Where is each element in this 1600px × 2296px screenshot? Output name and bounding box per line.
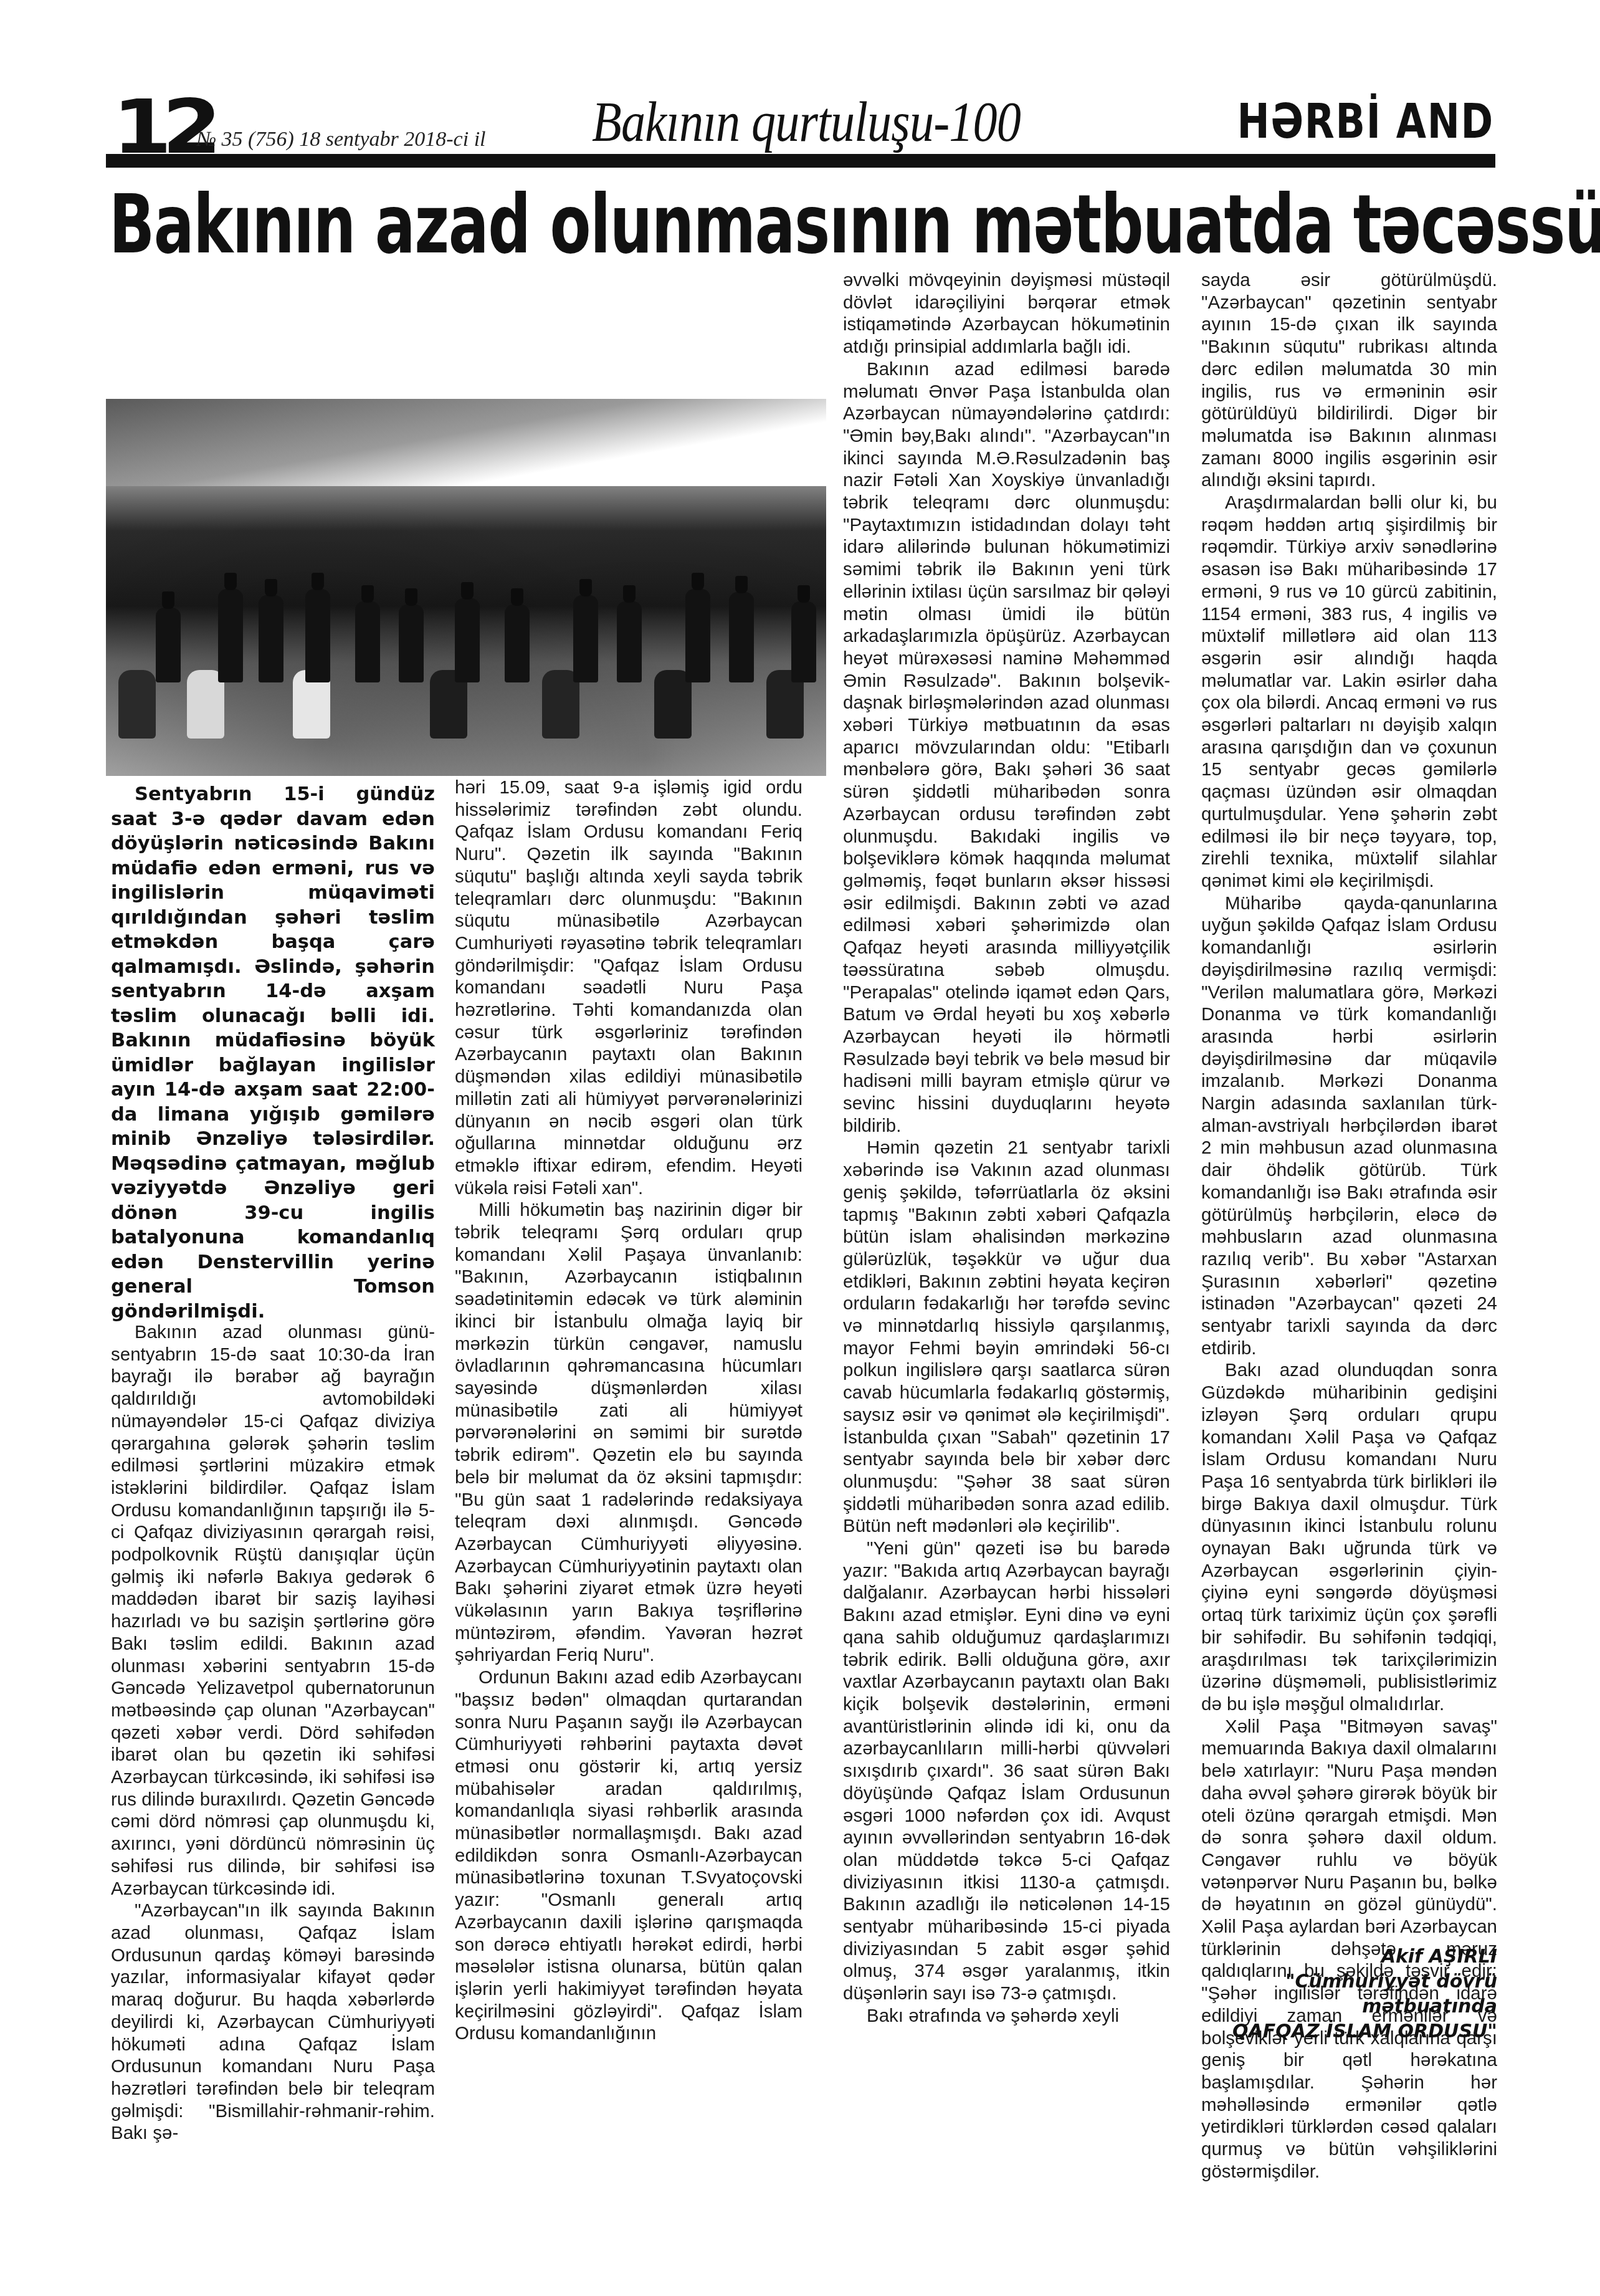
rider-figure — [573, 595, 598, 682]
source-title-line: mətbuatında — [1201, 1994, 1497, 2019]
issue-info: № 35 (756) 18 sentyabr 2018-ci il — [196, 128, 486, 151]
cavalry-photo — [106, 399, 826, 776]
masthead-rule — [106, 154, 1495, 168]
rider-figure — [505, 605, 530, 682]
paragraph: əvvəlki mövqeyinin dəyişməsi müstəqil dö… — [843, 269, 1170, 358]
paragraph: Ordunun Bakını azad edib Azərbaycanı "ba… — [455, 1667, 802, 2045]
newspaper-brand: HƏRBİ AND — [1237, 90, 1494, 153]
rider-figure — [355, 601, 380, 682]
paragraph: Həmin qəzetin 21 sentyabr tarixli xəbəri… — [843, 1137, 1170, 1538]
rider-figure — [729, 592, 754, 682]
source-title-line: "Cümhuriyyət dövrü — [1201, 1969, 1497, 1994]
paragraph: Müharibə qayda-qanunlarına uyğun şəkildə… — [1201, 892, 1497, 1360]
paragraph: Milli hökumətin baş nazirinin digər bir … — [455, 1199, 802, 1667]
rider-figure — [399, 605, 424, 682]
author-name: Akif AŞIRLI — [1201, 1944, 1497, 1969]
rider-figure — [305, 589, 330, 682]
article-column-3: əvvəlki mövqeyinin dəyişməsi müstəqil dö… — [843, 269, 1170, 2027]
rider-figure — [455, 598, 480, 682]
rider-figure — [156, 608, 181, 682]
paragraph: Bakı azad olunduqdan sonra Güzdəkdə müha… — [1201, 1359, 1497, 1715]
section-title: Bakının qurtuluşu-100 — [592, 87, 1021, 156]
rider-figure — [259, 595, 283, 682]
lead-paragraph: Sentyabrın 15-i gündüz saat 3-ə qədər da… — [111, 782, 435, 1324]
article-column-4: sayda əsir götürülmüşdü. "Azərbaycan" qə… — [1201, 269, 1497, 2183]
byline: Akif AŞIRLI "Cümhuriyyət dövrü mətbuatın… — [1201, 1944, 1497, 2044]
paragraph: Bakının azad edilməsi barədə məlumatı Ən… — [843, 358, 1170, 1137]
paragraph: Bakı ətrafında və şəhərdə xeyli — [843, 2005, 1170, 2027]
horse-figure — [118, 670, 156, 739]
paragraph: Araşdırmalardan bəlli olur ki, bu rəqəm … — [1201, 492, 1497, 892]
paragraph: həri 15.09, saat 9-a işləmiş igid ordu h… — [455, 777, 802, 1199]
article-column-2: həri 15.09, saat 9-a işləmiş igid ordu h… — [455, 777, 802, 2045]
article-lead: Sentyabrın 15-i gündüz saat 3-ə qədər da… — [111, 782, 435, 1324]
paragraph: "Azərbaycan"ın ilk sayında Bakının azad … — [111, 1900, 435, 2145]
rider-figure — [218, 589, 243, 682]
rider-figure — [791, 601, 816, 682]
paragraph: Bakının azad olunması günü-sentyabrın 15… — [111, 1321, 435, 1900]
rider-figure — [617, 601, 642, 682]
paragraph: sayda əsir götürülmüşdü. "Azərbaycan" qə… — [1201, 269, 1497, 492]
article-column-1: Bakının azad olunması günü-sentyabrın 15… — [111, 1321, 435, 2145]
rider-figure — [685, 589, 710, 682]
paragraph: "Yeni gün" qəzeti isə bu barədə yazır: "… — [843, 1538, 1170, 2005]
source-title-line: QAFQAZ İSLAM ORDUSU" — [1201, 2019, 1497, 2044]
photo-hillside — [106, 399, 826, 486]
article-headline: Bakının azad olunmasının mətbuatda təcəs… — [109, 178, 1137, 271]
